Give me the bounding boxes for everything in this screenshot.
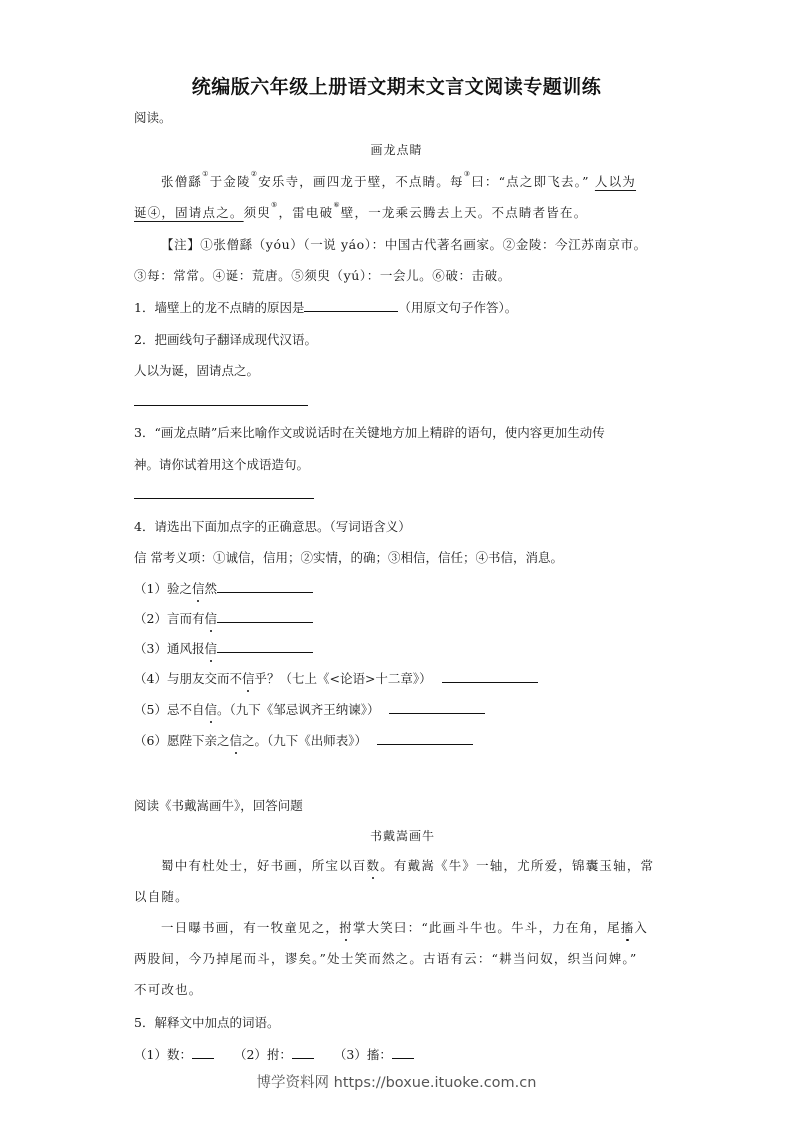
answer-line-q2[interactable] [134,405,308,406]
footer-watermark: 博学资料网 https://boxue.ituoke.com.cn [0,1071,793,1092]
notes-line1: 【注】①张僧繇（yóu）（一说 yáo）：中国古代著名画家。②金陵：今江苏南京市… [161,235,647,253]
question-4-item-6: （6）愿陛下亲之信之。（九下《出师表》） [134,731,473,749]
answer-blank-q1[interactable] [304,299,398,312]
section2-intro: 阅读《书戴嵩画牛》，回答问题 [134,796,303,814]
answer-blank-q4-1[interactable] [217,580,313,593]
question-5-items: （1）数：（2）拊：（3）搐： [134,1045,414,1063]
question-4-item-5: （5）忌不自信。（九下《邹忌讽齐王纳谏》） [134,700,485,718]
passage2-title: 书戴嵩画牛 [0,827,793,844]
passage1-title: 画龙点睛 [0,141,793,158]
passage2-p2-line1: 一日曝书画，有一牧童见之，拊掌大笑曰：“此画斗牛也。牛斗，力在角，尾搐入 [161,918,648,936]
section1-intro: 阅读。 [134,108,172,126]
question-4-item-3: （3）通风报信 [134,639,313,657]
underlined-sentence-part2: 诞④，固请点之。 [134,205,244,220]
passage2-p2-line3: 不可改也。 [134,980,203,998]
page-title: 统编版六年级上册语文期末文言文阅读专题训练 [0,72,793,99]
answer-blank-q4-5[interactable] [389,701,485,714]
answer-blank-q5-1[interactable] [192,1046,214,1059]
question-4-item-4: （4）与朋友交而不信乎？（七上《<论语>十二章》） [134,669,538,687]
question-4-options: 信 常考义项：①诚信，信用；②实情，的确；③相信，信任；④书信，消息。 [134,548,563,566]
question-4-item-2: （2）言而有信 [134,609,313,627]
passage1-line1: 张僧繇①于金陵②安乐寺，画四龙于壁，不点睛。每③曰：“点之即飞去。” 人以为 [161,172,636,190]
underlined-sentence-part1: 人以为 [595,174,636,189]
question-3-line2: 神。请你试着用这个成语造句。 [134,455,309,473]
answer-blank-q4-6[interactable] [377,732,473,745]
question-4: 4．请选出下面加点字的正确意思。（写词语含义） [134,517,411,535]
passage2-p1-line2: 以自随。 [134,887,189,905]
question-1: 1．墙壁上的龙不点睛的原因是（用原文句子作答）。 [134,298,517,316]
answer-blank-q4-4[interactable] [442,670,538,683]
answer-blank-q5-3[interactable] [392,1046,414,1059]
passage2-p1-line1: 蜀中有杜处士，好书画，所宝以百数。有戴嵩《牛》一轴，尤所爱，锦囊玉轴，常 [161,856,654,874]
answer-blank-q4-2[interactable] [217,610,313,623]
question-5: 5．解释文中加点的词语。 [134,1013,279,1031]
question-3-line1: 3．“画龙点睛”后来比喻作文或说话时在关键地方加上精辟的语句，使内容更加生动传 [134,423,605,441]
notes-line2: ③每：常常。④诞：荒唐。⑤须臾（yú）：一会儿。⑥破：击破。 [134,266,511,284]
question-2: 2．把画线句子翻译成现代汉语。 [134,330,317,348]
answer-blank-q4-3[interactable] [217,640,313,653]
passage1-line2: 诞④，固请点之。须臾⑤，雷电破⑥壁，一龙乘云腾去上天。不点睛者皆在。 [134,203,587,221]
answer-line-q3[interactable] [134,498,314,499]
question-2-sentence: 人以为诞，固请点之。 [134,361,259,379]
question-4-item-1: （1）验之信然 [134,579,313,597]
passage2-p2-line2: 两股间，今乃掉尾而斗，谬矣。”处士笑而然之。古语有云：“耕当问奴，织当问婢。” [134,949,637,967]
answer-blank-q5-2[interactable] [292,1046,314,1059]
